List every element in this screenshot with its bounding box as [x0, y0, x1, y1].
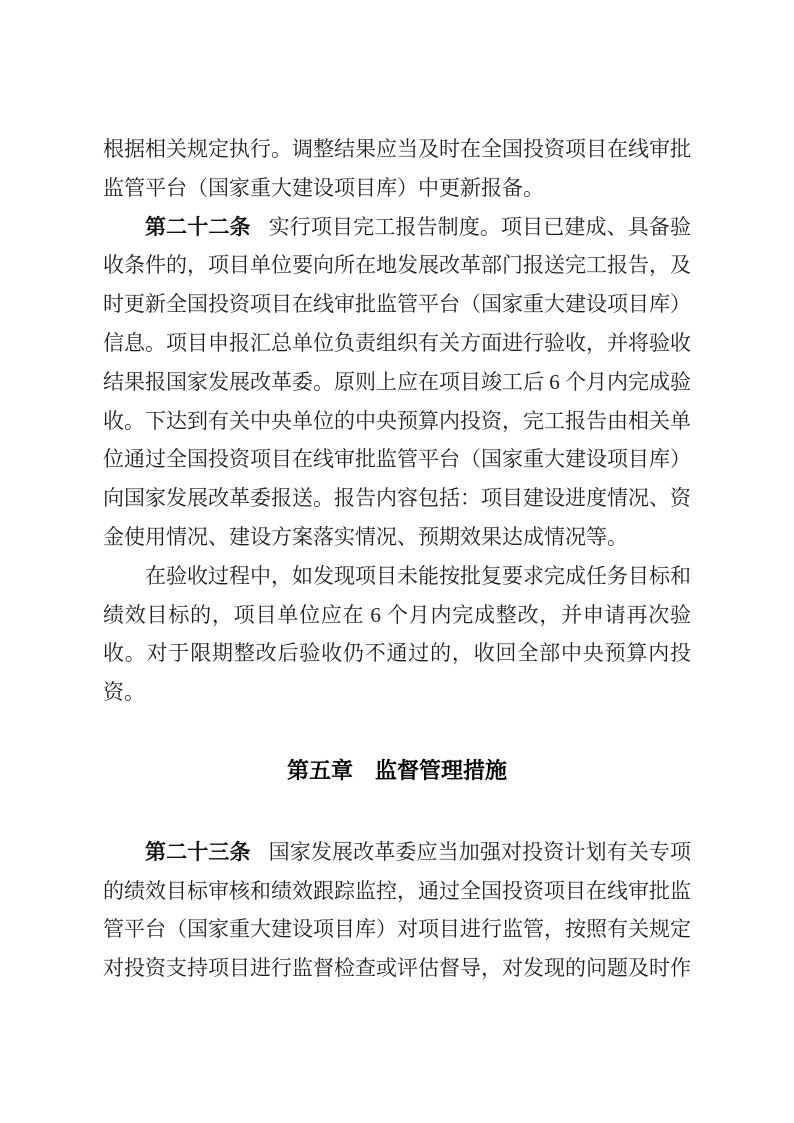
- article-23-number: 第二十三条: [145, 840, 251, 864]
- article-22-text: 实行项目完工报告制度。项目已建成、具备验收条件的，项目单位要向所在地发展改革部门…: [103, 215, 691, 549]
- document-page: 根据相关规定执行。调整结果应当及时在全国投资项目在线审批监管平台（国家重大建设项…: [0, 0, 794, 1123]
- article-23-paragraph: 第二十三条国家发展改革委应当加强对投资计划有关专项的绩效目标审核和绩效跟踪监控，…: [103, 833, 691, 988]
- article-22-number: 第二十二条: [145, 215, 251, 239]
- paragraph-continuation: 根据相关规定执行。调整结果应当及时在全国投资项目在线审批监管平台（国家重大建设项…: [103, 130, 691, 208]
- chapter-5-heading: 第五章 监督管理措施: [103, 752, 691, 791]
- article-22-paragraph: 第二十二条实行项目完工报告制度。项目已建成、具备验收条件的，项目单位要向所在地发…: [103, 208, 691, 557]
- document-body: 根据相关规定执行。调整结果应当及时在全国投资项目在线审批监管平台（国家重大建设项…: [103, 130, 691, 988]
- acceptance-rectification-paragraph: 在验收过程中，如发现项目未能按批复要求完成任务目标和绩效目标的，项目单位应在 6…: [103, 557, 691, 712]
